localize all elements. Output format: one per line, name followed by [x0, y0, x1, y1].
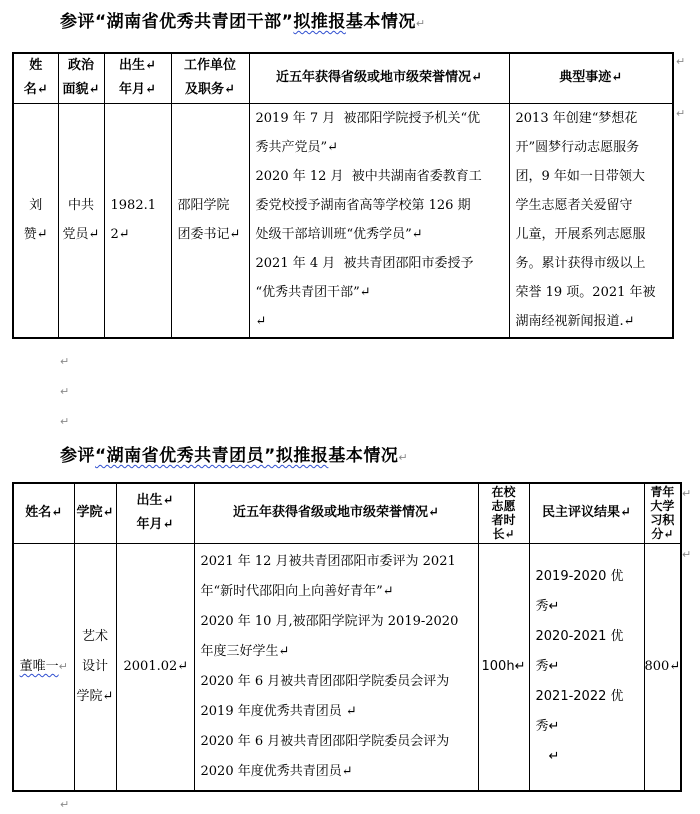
section1-title-post: 基本情况	[346, 12, 416, 32]
section1-title-pre: 参评“湖南省优秀共青团干部”	[60, 12, 293, 32]
header-birth-date: 出生↵ 年月↵	[104, 53, 171, 103]
document-page: 参评“湖南省优秀共青团干部”拟推报基本情况↵ 姓 名↵ 政治 面貌↵ 出生↵ 年…	[0, 0, 700, 814]
row-end-mark: ↵	[676, 108, 685, 119]
cell-work-unit: 邵阳学院 团委书记↵	[171, 103, 249, 338]
header-name: 姓 名↵	[13, 53, 58, 103]
paragraph-mark: ↵	[60, 416, 69, 427]
header-youth-study-score: 青年 大学 习积 分↵	[644, 483, 681, 543]
paragraph-mark: ↵	[60, 356, 69, 367]
section1-title-wavy-text: 拟推报	[293, 12, 346, 32]
header-birth-date: 出生↵ 年月↵	[116, 483, 194, 543]
cell-birth-date: 2001.02↵	[116, 543, 194, 791]
paragraph-mark: ↵	[416, 17, 426, 30]
cell-honors: 2021 年 12 月被共青团邵阳市委评为 2021 年“新时代邵阳向上向善好青…	[194, 543, 478, 791]
cadre-table: 姓 名↵ 政治 面貌↵ 出生↵ 年月↵ 工作单位 及职务↵ 近五年获得省级或地市…	[12, 52, 674, 339]
section1-title: 参评“湖南省优秀共青团干部”拟推报基本情况↵	[60, 10, 426, 36]
cell-birth-date: 1982.1 2↵	[104, 103, 171, 338]
cell-college: 艺术 设计 学院↵	[74, 543, 116, 791]
header-volunteer-hours: 在校 志愿 者时 长↵	[478, 483, 529, 543]
member-table: 姓名↵ 学院↵ 出生↵ 年月↵ 近五年获得省级或地市级荣誉情况↵ 在校 志愿 者…	[12, 482, 682, 792]
header-name: 姓名↵	[13, 483, 74, 543]
header-honors: 近五年获得省级或地市级荣誉情况↵	[249, 53, 509, 103]
member-table-data-row: 董唯一↵ 艺术 设计 学院↵ 2001.02↵ 2021 年 12 月被共青团邵…	[13, 543, 681, 791]
paragraph-mark: ↵	[60, 386, 69, 397]
member-table-header-row: 姓名↵ 学院↵ 出生↵ 年月↵ 近五年获得省级或地市级荣誉情况↵ 在校 志愿 者…	[13, 483, 681, 543]
row-end-mark: ↵	[682, 549, 691, 560]
header-work-unit: 工作单位 及职务↵	[171, 53, 249, 103]
cell-name: 刘 赞↵	[13, 103, 58, 338]
row-end-mark: ↵	[676, 56, 685, 67]
header-college: 学院↵	[74, 483, 116, 543]
header-political-status: 政治 面貌↵	[58, 53, 104, 103]
row-end-mark: ↵	[682, 488, 691, 499]
section2-title-post: 基本情况	[328, 446, 398, 466]
member-name-wavy-text: 董唯一	[20, 659, 59, 674]
cadre-table-header-row: 姓 名↵ 政治 面貌↵ 出生↵ 年月↵ 工作单位 及职务↵ 近五年获得省级或地市…	[13, 53, 673, 103]
cell-youth-study-score: 800↵	[644, 543, 681, 791]
paragraph-mark: ↵	[398, 451, 408, 464]
header-deeds: 典型事迹↵	[509, 53, 673, 103]
paragraph-mark: ↵	[59, 660, 68, 673]
section2-title-pre: 参评	[60, 446, 95, 466]
cell-volunteer-hours: 100h↵	[478, 543, 529, 791]
cell-deeds: 2013 年创建“梦想花 开”圆梦行动志愿服务 团，9 年如一日带领大 学生志愿…	[509, 103, 673, 338]
cell-political-status: 中共 党员↵	[58, 103, 104, 338]
cell-name: 董唯一↵	[13, 543, 74, 791]
cell-honors: 2019 年 7 月 被邵阳学院授予机关“优 秀共产党员”↵ 2020 年 12…	[249, 103, 509, 338]
header-democratic-review: 民主评议结果↵	[529, 483, 644, 543]
section2-title: 参评“湖南省优秀共青团员”拟推报基本情况↵	[60, 444, 408, 470]
paragraph-mark: ↵	[60, 799, 69, 810]
cadre-table-data-row: 刘 赞↵ 中共 党员↵ 1982.1 2↵ 邵阳学院 团委书记↵ 2019 年 …	[13, 103, 673, 338]
header-honors: 近五年获得省级或地市级荣誉情况↵	[194, 483, 478, 543]
cell-democratic-review: 2019-2020 优 秀↵ 2020-2021 优 秀↵ 2021-2022 …	[529, 543, 644, 791]
section2-title-wavy-text: “湖南省优秀共青团员”拟推报	[95, 446, 328, 466]
